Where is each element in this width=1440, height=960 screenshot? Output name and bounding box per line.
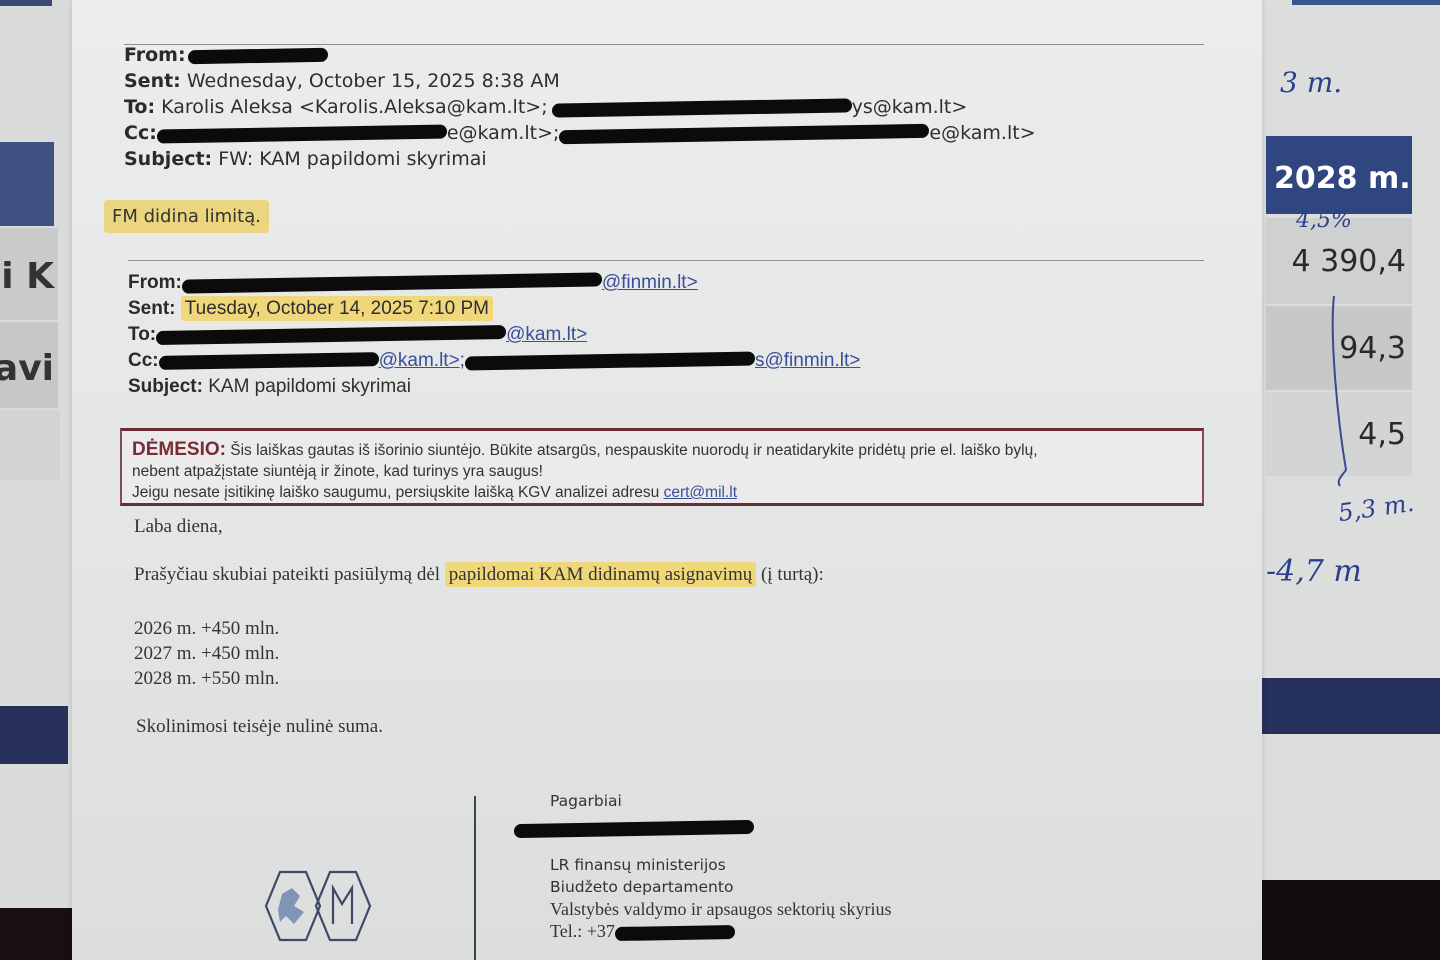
redaction	[615, 924, 735, 940]
subject-line: Subject: KAM papildomi skyrimai	[128, 374, 860, 400]
subject-label: Subject:	[124, 148, 212, 170]
redaction	[559, 123, 929, 143]
greeting: Laba diena,	[134, 516, 223, 538]
from-label: From:	[124, 44, 186, 66]
sent-line: Sent: Wednesday, October 15, 2025 8:38 A…	[124, 68, 1036, 94]
printed-email-page: From: Sent: Wednesday, October 15, 2025 …	[72, 0, 1262, 960]
cc-email-link[interactable]: s@finmin.lt>	[755, 350, 860, 371]
signature-block: Pagarbiai LR finansų ministerijos Biudže…	[550, 790, 891, 943]
amount-item: 2026 m. +450 mln.	[134, 616, 279, 641]
signature-org-line: LR finansų ministerijos	[550, 854, 891, 876]
redaction	[514, 820, 754, 838]
cc-label: Cc:	[128, 350, 159, 371]
request-text: Prašyčiau skubiai pateikti pasiūlymą dėl	[134, 564, 440, 585]
request-paragraph: Prašyčiau skubiai pateikti pasiūlymą dėl…	[134, 564, 824, 586]
cc-label: Cc:	[124, 122, 157, 144]
forward-email-header: From: Sent: Wednesday, October 15, 2025 …	[124, 42, 1036, 172]
cert-email-link[interactable]: cert@mil.lt	[664, 484, 737, 501]
sent-value: Wednesday, October 15, 2025 8:38 AM	[187, 70, 560, 92]
highlighted-note: FM didina limitą.	[104, 200, 269, 233]
cell-text-fragment: navi	[0, 348, 54, 389]
redaction	[157, 124, 447, 143]
amounts-list: 2026 m. +450 mln. 2027 m. +450 mln. 2028…	[134, 616, 279, 691]
table-cell: navi	[0, 322, 58, 408]
dark-surface	[1262, 880, 1440, 960]
subject-value: KAM papildomi skyrimai	[208, 376, 411, 397]
navy-strip	[1292, 0, 1440, 5]
to-tail: ys@kam.lt>	[852, 96, 968, 118]
from-email-link[interactable]: @finmin.lt>	[602, 272, 698, 293]
cc-tail: e@kam.lt>	[929, 122, 1035, 144]
subject-value: FW: KAM papildomi skyrimai	[218, 148, 486, 170]
closing-note: Skolinimosi teisėje nulinė suma.	[136, 716, 383, 738]
navy-strip	[0, 0, 52, 6]
request-text: (į turtą):	[761, 564, 824, 585]
cc-line: Cc:@kam.lt>;s@finmin.lt>	[128, 348, 860, 374]
signature-regards: Pagarbiai	[550, 790, 891, 812]
warning-text: Šis laiškas gautas iš išorinio siuntėjo.…	[230, 442, 1037, 459]
redaction	[156, 325, 506, 345]
ministry-logo-icon	[260, 868, 390, 948]
to-email-link[interactable]: @kam.lt>	[506, 324, 587, 345]
from-line: From:	[124, 42, 1036, 68]
amount-item: 2028 m. +550 mln.	[134, 666, 279, 691]
background-sheet-right: 3 m. 2028 m. 4,5% 4 390,4 94,3 4,5 5,3 m…	[1262, 0, 1440, 960]
signature-phone: Tel.: +37	[550, 921, 615, 941]
sent-label: Sent:	[124, 70, 181, 92]
to-line: To:@kam.lt>	[128, 322, 860, 348]
warning-text: Jeigu nesate įsitikinę laiško saugumu, p…	[132, 484, 659, 501]
signature-org-line: Valstybės valdymo ir apsaugos sektorių s…	[550, 898, 891, 920]
to-line: To: Karolis Aleksa <Karolis.Aleksa@kam.l…	[124, 94, 1036, 120]
navy-band	[1262, 678, 1440, 734]
warning-text: nebent atpažįstate siuntėją ir žinote, k…	[132, 461, 1192, 482]
signature-name-redacted	[550, 812, 891, 838]
handwritten-bracket	[1322, 290, 1362, 490]
ministry-logo	[260, 868, 390, 953]
background-sheet-left: ni K navi	[0, 0, 72, 960]
subject-label: Subject:	[128, 376, 203, 397]
redaction	[182, 272, 602, 293]
redaction	[159, 352, 379, 370]
subject-line: Subject: FW: KAM papildomi skyrimai	[124, 146, 1036, 172]
cc-line: Cc:e@kam.lt>;e@kam.lt>	[124, 120, 1036, 146]
sent-label: Sent:	[128, 298, 176, 319]
to-label: To:	[124, 96, 155, 118]
cc-value: e@kam.lt>;	[447, 122, 560, 144]
cell-text-fragment: ni K	[0, 256, 54, 297]
from-label: From:	[128, 272, 182, 293]
redaction	[552, 98, 852, 117]
email-divider	[128, 260, 1204, 261]
handwritten-note: 5,3 m.	[1336, 489, 1415, 527]
sent-line: Sent: Tuesday, October 14, 2025 7:10 PM	[128, 296, 860, 322]
original-email-header: From:@finmin.lt> Sent: Tuesday, October …	[128, 270, 860, 400]
navy-band	[0, 706, 68, 764]
handwritten-note: 4,5%	[1296, 208, 1352, 233]
warning-label: DĖMESIO:	[132, 439, 226, 460]
handwritten-note: 3 m.	[1280, 66, 1342, 99]
to-label: To:	[128, 324, 156, 345]
external-sender-warning: DĖMESIO: Šis laiškas gautas iš išorinio …	[120, 428, 1204, 506]
handwritten-note: -4,7 m	[1266, 554, 1362, 589]
amount-item: 2027 m. +450 mln.	[134, 641, 279, 666]
cc-email-link[interactable]: @kam.lt>;	[379, 350, 465, 371]
to-value: Karolis Aleksa <Karolis.Aleksa@kam.lt>;	[161, 96, 547, 118]
redaction	[188, 47, 328, 63]
signature-org-line: Biudžeto departamento	[550, 876, 891, 898]
table-header-cell	[0, 142, 54, 226]
table-cell: ni K	[0, 228, 58, 320]
redaction	[465, 351, 755, 370]
table-cell	[0, 410, 60, 480]
table-header-year: 2028 m.	[1266, 136, 1412, 214]
request-highlight: papildomai KAM didinamų asignavimų	[445, 562, 756, 587]
sent-value-highlighted: Tuesday, October 14, 2025 7:10 PM	[181, 296, 493, 321]
dark-surface	[0, 908, 72, 960]
signature-divider	[474, 796, 476, 960]
from-line: From:@finmin.lt>	[128, 270, 860, 296]
